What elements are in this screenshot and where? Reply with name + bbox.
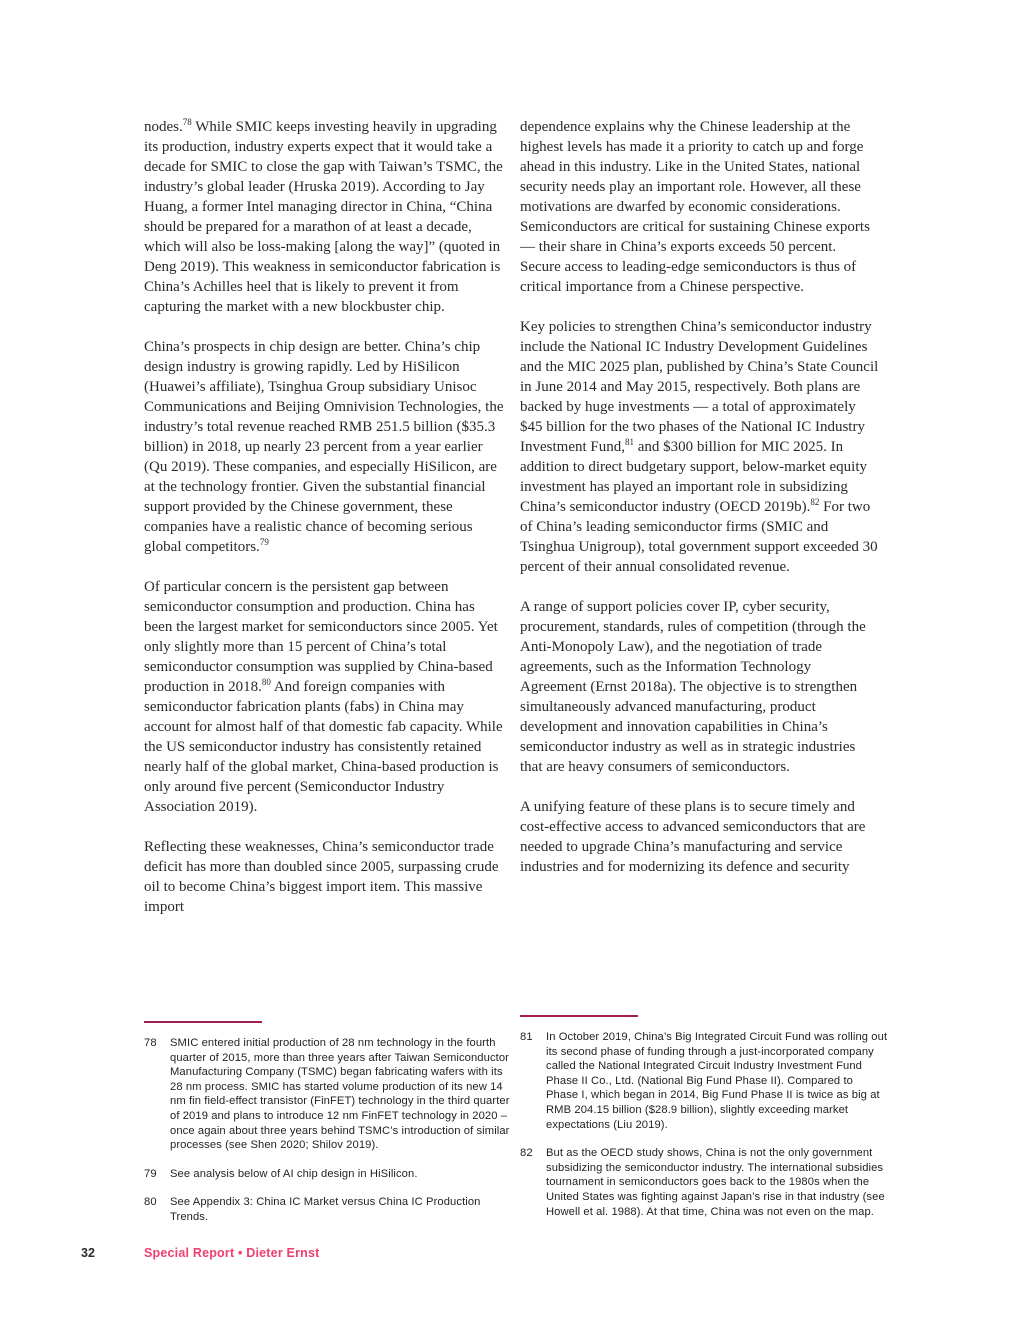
body-paragraph: nodes.78 While SMIC keeps investing heav… — [144, 117, 504, 317]
footnote-number: 80 — [144, 1195, 170, 1224]
footnote-text: See analysis below of AI chip design in … — [170, 1167, 512, 1182]
footnote-item: 79 See analysis below of AI chip design … — [144, 1167, 512, 1182]
footnote-number: 78 — [144, 1036, 170, 1153]
body-paragraph: A unifying feature of these plans is to … — [520, 797, 880, 877]
paragraph-text: A unifying feature of these plans is to … — [520, 799, 865, 875]
footnote-ref-78: 78 — [183, 117, 192, 127]
footnote-ref-81: 81 — [625, 437, 634, 447]
footnote-separator-rule — [144, 1021, 262, 1023]
footnote-number: 82 — [520, 1146, 546, 1219]
footnote-item: 81 In October 2019, China’s Big Integrat… — [520, 1030, 888, 1132]
paragraph-text: While SMIC keeps investing heavily in up… — [144, 119, 503, 315]
paragraph-text: nodes. — [144, 119, 183, 135]
right-column: dependence explains why the Chinese lead… — [520, 117, 880, 897]
footnote-text: In October 2019, China’s Big Integrated … — [546, 1030, 888, 1132]
footnote-separator-rule — [520, 1015, 638, 1017]
body-paragraph: Of particular concern is the persistent … — [144, 577, 504, 817]
footer-report-label: Special Report • Dieter Ernst — [144, 1246, 320, 1260]
paragraph-text: And foreign companies with semiconductor… — [144, 679, 503, 815]
footnote-item: 80 See Appendix 3: China IC Market versu… — [144, 1195, 512, 1224]
left-column: nodes.78 While SMIC keeps investing heav… — [144, 117, 504, 937]
footnote-text: But as the OECD study shows, China is no… — [546, 1146, 888, 1219]
body-paragraph: China’s prospects in chip design are bet… — [144, 337, 504, 557]
footnotes-right: 81 In October 2019, China’s Big Integrat… — [520, 1015, 888, 1233]
footnote-item: 78 SMIC entered initial production of 28… — [144, 1036, 512, 1153]
paragraph-text: China’s prospects in chip design are bet… — [144, 339, 503, 555]
footnote-item: 82 But as the OECD study shows, China is… — [520, 1146, 888, 1219]
footnote-text: See Appendix 3: China IC Market versus C… — [170, 1195, 512, 1224]
body-paragraph: Key policies to strengthen China’s semic… — [520, 317, 880, 577]
paragraph-text: Reflecting these weaknesses, China’s sem… — [144, 839, 499, 915]
footnote-ref-80: 80 — [262, 677, 271, 687]
footnote-number: 79 — [144, 1167, 170, 1182]
footnote-number: 81 — [520, 1030, 546, 1132]
body-paragraph: A range of support policies cover IP, cy… — [520, 597, 880, 777]
paragraph-text: A range of support policies cover IP, cy… — [520, 599, 866, 775]
body-paragraph: Reflecting these weaknesses, China’s sem… — [144, 837, 504, 917]
paragraph-text: Key policies to strengthen China’s semic… — [520, 319, 878, 455]
body-paragraph: dependence explains why the Chinese lead… — [520, 117, 880, 297]
paragraph-text: Of particular concern is the persistent … — [144, 579, 498, 695]
footnote-ref-79: 79 — [260, 537, 269, 547]
report-page: nodes.78 While SMIC keeps investing heav… — [0, 0, 1020, 1320]
footnotes-left: 78 SMIC entered initial production of 28… — [144, 1021, 512, 1239]
footnote-text: SMIC entered initial production of 28 nm… — [170, 1036, 512, 1153]
page-number: 32 — [81, 1246, 95, 1260]
paragraph-text: dependence explains why the Chinese lead… — [520, 119, 870, 295]
